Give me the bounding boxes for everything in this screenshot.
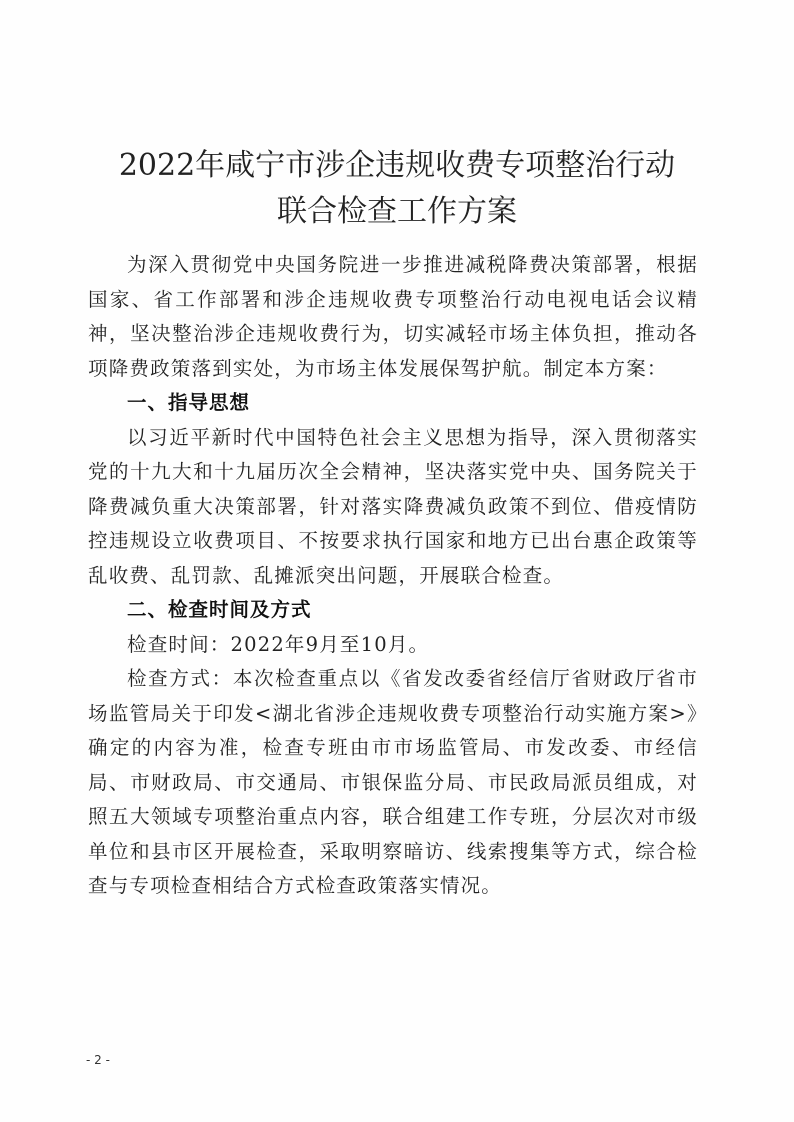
inspection-method-paragraph: 检查方式：本次检查重点以《省发改委省经信厅省财政厅省市场监管局关于印发<湖北省涉… (88, 662, 698, 904)
intro-paragraph: 为深入贯彻党中央国务院进一步推进减税降费决策部署，根据国家、省工作部署和涉企违规… (88, 248, 698, 386)
inspection-time-paragraph: 检查时间：2022年9月至10月。 (88, 628, 698, 663)
document-body: 为深入贯彻党中央国务院进一步推进减税降费决策部署，根据国家、省工作部署和涉企违规… (88, 248, 698, 904)
page-number: - 2 - (86, 1053, 110, 1067)
section-heading-guiding-ideology: 一、指导思想 (88, 386, 698, 421)
section-heading-inspection-time-method: 二、检查时间及方式 (88, 593, 698, 628)
document-page: 2022年咸宁市涉企违规收费专项整治行动 联合检查工作方案 为深入贯彻党中央国务… (0, 0, 794, 1122)
document-title-line2: 联合检查工作方案 (0, 186, 794, 230)
document-title-line1: 2022年咸宁市涉企违规收费专项整治行动 (0, 140, 794, 184)
section-paragraph: 以习近平新时代中国特色社会主义思想为指导，深入贯彻落实党的十九大和十九届历次全会… (88, 421, 698, 594)
